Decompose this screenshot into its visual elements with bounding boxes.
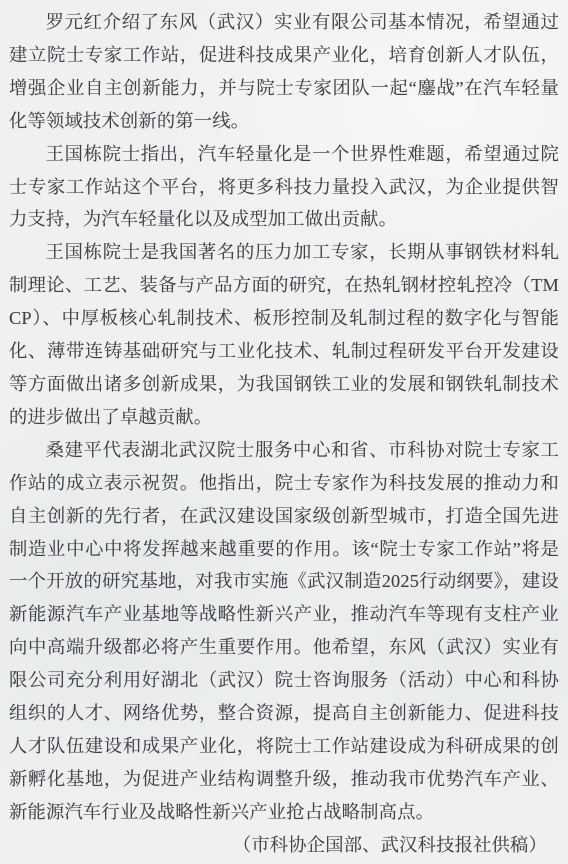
paragraph-wangguodong-bio: 王国栋院士是我国著名的压力加工专家，长期从事钢铁材料轧制理论、工艺、装备与产品方… [9,236,559,433]
attribution-line: （市科协企国部、武汉科技报社供稿） [9,829,559,862]
document-page: 罗元红介绍了东风（武汉）实业有限公司基本情况，希望通过建立院士专家工作站，促进科… [0,0,568,864]
paragraph-sangjianping-remarks: 桑建平代表湖北武汉院士服务中心和省、市科协对院士专家工作站的成立表示祝贺。他指出… [9,434,559,829]
paragraph-wangguodong-remarks: 王国栋院士指出，汽车轻量化是一个世界性难题，希望通过院士专家工作站这个平台，将更… [9,138,559,237]
paragraph-intro-luoyuanhong: 罗元红介绍了东风（武汉）实业有限公司基本情况，希望通过建立院士专家工作站，促进科… [9,6,559,138]
